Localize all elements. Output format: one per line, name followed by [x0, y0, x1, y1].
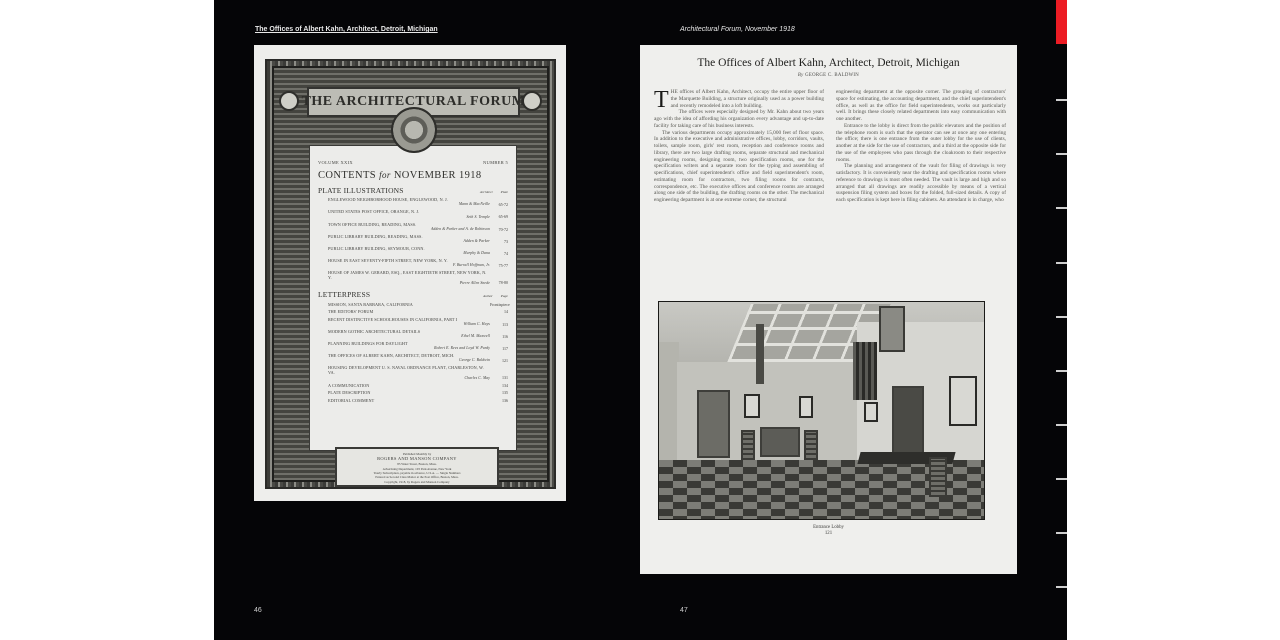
article-column-left: THE offices of Albert Kahn, Architect, o…	[654, 89, 824, 204]
toc-entry: Housing Development U. S. Naval Ordnance…	[318, 365, 508, 380]
seal-medallion-icon	[391, 107, 437, 153]
chapter-tick[interactable]	[1056, 424, 1067, 426]
toc-entry: Englewood Neighborhood House, Englewood,…	[318, 197, 508, 207]
thumb-index-rail	[1056, 0, 1067, 640]
article-column-right: engineering department at the opposite c…	[836, 89, 1006, 204]
toc-entry: Mission, Santa Barbara, CaliforniaFronti…	[318, 302, 508, 307]
byline: By GEORGE C. BALDWIN	[640, 73, 1017, 78]
chapter-tick[interactable]	[1056, 207, 1067, 209]
plate-illustrations-heading: PLATE ILLUSTRATIONS ArchitectPlate	[318, 186, 508, 195]
cover-scan: THE ARCHITECTURAL FORUM VOLUME XXIX NUMB…	[254, 45, 566, 501]
article-title: The Offices of Albert Kahn, Architect, D…	[640, 57, 1017, 69]
contents-title: CONTENTS for NOVEMBER 1918	[318, 170, 508, 181]
chapter-tick[interactable]	[1056, 316, 1067, 318]
page-number-right: 47	[680, 607, 688, 614]
chapter-tick[interactable]	[1056, 478, 1067, 480]
toc-entry: A Communication134	[318, 383, 508, 388]
chapter-tick[interactable]	[1056, 370, 1067, 372]
contents-panel: VOLUME XXIX NUMBER 5 CONTENTS for NOVEMB…	[309, 145, 517, 451]
letterpress-heading: LETTERPRESS AuthorPage	[318, 290, 508, 299]
toc-entry: Public Library Building, Reading, Mass.A…	[318, 234, 508, 244]
number-label: NUMBER 5	[483, 160, 508, 165]
toc-entry: United States Post Office, Orange, N. J.…	[318, 209, 508, 219]
drop-cap: T	[654, 90, 669, 110]
entrance-lobby-photo	[658, 301, 985, 520]
chapter-tick[interactable]	[1056, 532, 1067, 534]
toc-entry: House of James W. Gerard, Esq., East Eig…	[318, 270, 508, 285]
chapter-tick[interactable]	[1056, 586, 1067, 588]
toc-entry: Recent Distinctive Schoolhouses in Calif…	[318, 317, 508, 327]
chapter-tick[interactable]	[1056, 99, 1067, 101]
toc-entry: The Editors' Forum14	[318, 309, 508, 314]
chapter-tick[interactable]	[1056, 262, 1067, 264]
toc-entry: The Offices of Albert Kahn, Architect, D…	[318, 353, 508, 363]
article-page-scan: The Offices of Albert Kahn, Architect, D…	[640, 45, 1017, 574]
toc-entry: Public Library Building, Seymour, Conn.M…	[318, 246, 508, 256]
lantern-icon	[879, 306, 905, 352]
ornamental-border: THE ARCHITECTURAL FORUM VOLUME XXIX NUMB…	[265, 59, 556, 489]
toc-entry: Town Office Building, Reading, Mass.Adde…	[318, 222, 508, 232]
toc-entry: Editorial Comment136	[318, 398, 508, 403]
toc-entry: Plate Description135	[318, 390, 508, 395]
toc-entry: Planning Buildings for DaylightRobert E.…	[318, 341, 508, 351]
photo-caption: Entrance Lobby 121	[640, 525, 1017, 537]
volume-label: VOLUME XXIX	[318, 160, 353, 165]
page-number-left: 46	[254, 607, 262, 614]
publisher-imprint: Published Monthly by ROGERS AND MANSON C…	[335, 447, 499, 487]
rosette-ornament-icon	[279, 91, 299, 111]
left-running-head: The Offices of Albert Kahn, Architect, D…	[255, 26, 438, 33]
right-running-head: Architectural Forum, November 1918	[680, 26, 795, 33]
chapter-tick[interactable]	[1056, 153, 1067, 155]
toc-entry: Modern Gothic Architectural DetailsEthel…	[318, 329, 508, 339]
book-spread: The Offices of Albert Kahn, Architect, D…	[214, 0, 1067, 640]
volume-row: VOLUME XXIX NUMBER 5	[318, 160, 508, 165]
active-chapter-tab[interactable]	[1056, 0, 1067, 44]
toc-entry: House in East Seventy-Fifth Street, New …	[318, 258, 508, 268]
